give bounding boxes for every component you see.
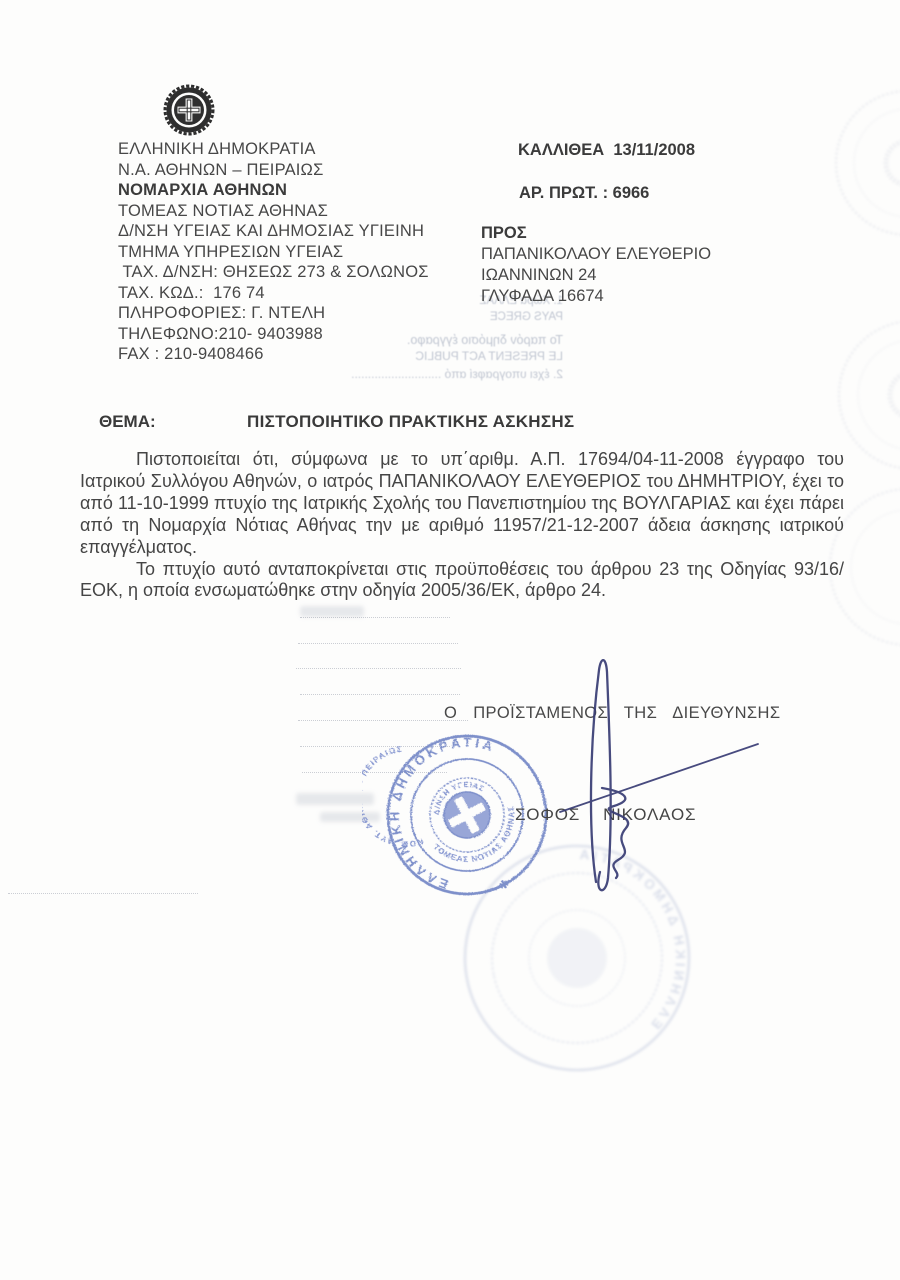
letterhead-line-postcode: ΤΑΧ. ΚΩΔ.: 176 74: [118, 283, 429, 304]
subject-label: ΘΕΜΑ:: [99, 412, 156, 432]
body-paragraph-1: Πιστοποιείται ότι, σύμφωνα με το υπ΄αριθ…: [80, 449, 844, 559]
hellenic-republic-emblem-icon: [158, 82, 220, 142]
bleed-dotted-line: [296, 668, 461, 669]
body-paragraph-2: Το πτυχίο αυτό ανταποκρίνεται στις προϋπ…: [80, 559, 844, 603]
letterhead-line: Δ/ΝΣΗ ΥΓΕΙΑΣ ΚΑΙ ΔΗΜΟΣΙΑΣ ΥΓΙΕΙΝΗ: [118, 221, 429, 242]
to-label: ΠΡΟΣ: [481, 223, 711, 244]
body-text: Πιστοποιείται ότι, σύμφωνα με το υπ΄αριθ…: [80, 449, 844, 602]
letterhead-line-fax: FAX : 210-9408466: [118, 344, 429, 365]
subject-title: ΠΙΣΤΟΠΟΙΗΤΙΚΟ ΠΡΑΚΤΙΚΗΣ ΑΣΚΗΣΗΣ: [247, 412, 807, 432]
letterhead-block: ΕΛΛΗΝΙΚΗ ΔΗΜΟΚΡΑΤΙΑ Ν.Α. ΑΘΗΝΩΝ – ΠΕΙΡΑΙ…: [118, 139, 429, 365]
letterhead-line-address: ΤΑΧ. Δ/ΝΣΗ: ΘΗΣΕΩΣ 273 & ΣΟΛΩΝΟΣ: [118, 262, 429, 283]
letterhead-line: ΤΜΗΜΑ ΥΠΗΡΕΣΙΩΝ ΥΓΕΙΑΣ: [118, 242, 429, 263]
recipient-city: ΓΛΥΦΑΔΑ 16674: [481, 286, 711, 307]
bleedthrough-line: 2. έχει υπογραφεί από ..................…: [363, 366, 563, 382]
bleed-dotted-line: [8, 893, 198, 894]
recipient-street: ΙΩΑΝΝΙΝΩΝ 24: [481, 265, 711, 286]
stamp-star: ✱: [496, 876, 511, 893]
letterhead-line-contact: ΠΛΗΡΟΦΟΡΙΕΣ: Γ. ΝΤΕΛΗ: [118, 303, 429, 324]
letterhead-line: Ν.Α. ΑΘΗΝΩΝ – ΠΕΙΡΑΙΩΣ: [118, 160, 429, 181]
document-page: ΕΛΛΗΝΙΚΗ ΔΗΜΟΚΡΑΤΙΑ 1. Χώρα ΕΛΛΑΣ PAYS G…: [0, 0, 900, 1280]
protocol-number: ΑΡ. ΠΡΩΤ. : 6966: [519, 184, 649, 203]
letterhead-line-phone: ΤΗΛΕΦΩΝΟ:210- 9403988: [118, 324, 429, 345]
bleed-dotted-line: [300, 694, 460, 695]
recipient-block: ΠΡΟΣ ΠΑΠΑΝΙΚΟΛΑΟΥ ΕΛΕΥΘΕΡΙΟ ΙΩΑΝΝΙΝΩΝ 24…: [481, 223, 711, 307]
handwritten-signature: [530, 650, 780, 900]
recipient-name: ΠΑΠΑΝΙΚΟΛΑΟΥ ΕΛΕΥΘΕΡΙΟ: [481, 244, 711, 265]
letterhead-line-agency: ΝΟΜΑΡΧΙΑ ΑΘΗΝΩΝ: [118, 180, 429, 201]
ghost-stamp-top-right: [823, 78, 900, 248]
letterhead-line: ΤΟΜΕΑΣ ΝΟΤΙΑΣ ΑΘΗΝΑΣ: [118, 201, 429, 222]
bleed-dotted-line: [298, 643, 458, 644]
letterhead-line: ΕΛΛΗΝΙΚΗ ΔΗΜΟΚΡΑΤΙΑ: [118, 139, 429, 160]
bleed-smudge: [300, 606, 364, 617]
place-date: ΚΑΛΛΙΘΕΑ 13/11/2008: [518, 141, 695, 160]
bleed-dotted-line: [300, 617, 450, 618]
